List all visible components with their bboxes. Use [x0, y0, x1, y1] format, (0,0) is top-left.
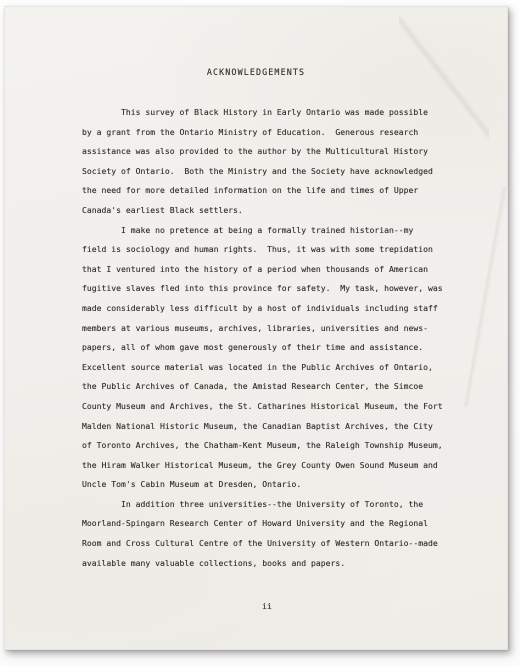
text-line: made considerably less difficult by a ho…: [82, 299, 452, 319]
text-line: that I ventured into the history of a pe…: [82, 260, 452, 280]
text-line: available many valuable collections, boo…: [82, 554, 452, 574]
page-title: ACKNOWLEDGEMENTS: [5, 7, 507, 77]
text-line: members at various museums, archives, li…: [82, 319, 452, 339]
text-line: the need for more detailed information o…: [82, 181, 452, 201]
text-line: by a grant from the Ontario Ministry of …: [82, 123, 452, 143]
text-line: Malden National Historic Museum, the Can…: [82, 417, 452, 437]
document-page: ACKNOWLEDGEMENTS This survey of Black Hi…: [4, 6, 508, 650]
text-line: Excellent source material was located in…: [82, 358, 452, 378]
document-body: This survey of Black History in Early On…: [5, 103, 507, 573]
text-line: County Museum and Archives, the St. Cath…: [82, 397, 452, 417]
text-line: Society of Ontario. Both the Ministry an…: [82, 162, 452, 182]
scan-background: ACKNOWLEDGEMENTS This survey of Black Hi…: [0, 0, 520, 666]
text-line: Moorland-Spingarn Research Center of How…: [82, 514, 452, 534]
text-line: I make no pretence at being a formally t…: [82, 221, 452, 241]
text-line: fugitive slaves fled into this province …: [82, 279, 452, 299]
text-line: the Hiram Walker Historical Museum, the …: [82, 456, 452, 476]
text-line: In addition three universities--the Univ…: [82, 495, 452, 515]
text-line: the Public Archives of Canada, the Amist…: [82, 377, 452, 397]
text-line: Canada's earliest Black settlers.: [82, 201, 452, 221]
page-number: ii: [5, 601, 507, 611]
text-line: of Toronto Archives, the Chatham-Kent Mu…: [82, 436, 452, 456]
text-line: This survey of Black History in Early On…: [82, 103, 452, 123]
text-line: papers, all of whom gave most generously…: [82, 338, 452, 358]
text-line: Uncle Tom's Cabin Museum at Dresden, Ont…: [82, 475, 452, 495]
text-line: field is sociology and human rights. Thu…: [82, 240, 452, 260]
text-line: assistance was also provided to the auth…: [82, 142, 452, 162]
text-line: Room and Cross Cultural Centre of the Un…: [82, 534, 452, 554]
